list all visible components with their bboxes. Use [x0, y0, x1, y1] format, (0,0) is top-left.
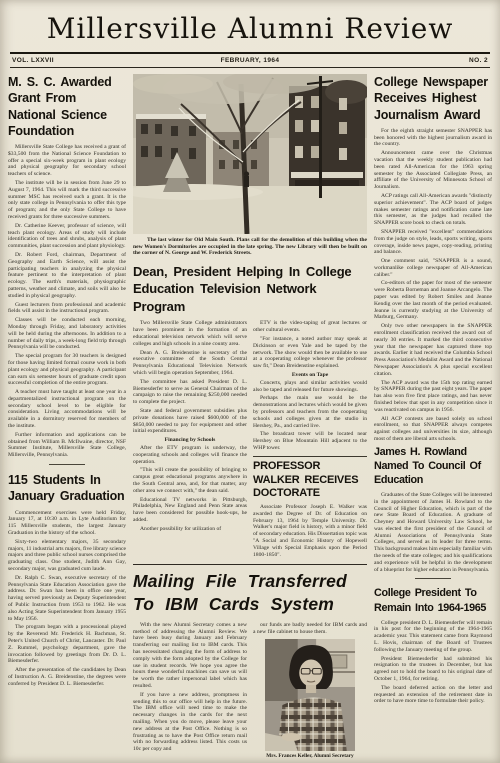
paragraph: SNAPPER received "excellent" commendatio… [374, 229, 492, 256]
sub-headline: Events on Tape [253, 372, 367, 379]
photo-caption-old-main: The last winter for Old Main South. Plan… [133, 237, 367, 257]
left-column: M. S. C. Awarded Grant From National Sci… [8, 72, 126, 759]
paragraph: ACP ratings call All-American awards "di… [374, 193, 492, 227]
etv-column-2-text: ETV is the video-taping of great lecture… [253, 320, 367, 451]
paragraph: Dr. Ralph C. Swan, executive secretary o… [8, 575, 126, 623]
center-column: The last winter for Old Main South. Plan… [133, 72, 367, 759]
paragraph: Dr. Robert Ford, chairman, Department of… [8, 252, 126, 300]
article-president-remain: College president D. L. Biemesderfer wil… [374, 620, 492, 706]
paragraph: Educational TV networks in Pittsburgh, P… [133, 497, 247, 524]
paragraph: Only two other newspapers in the SNAPPER… [374, 323, 492, 377]
walker-rule [253, 456, 367, 457]
winter-campus-photo-illustration [133, 74, 367, 234]
headline-mailing-file: Mailing File Transferred To IBM Cards Sy… [133, 570, 367, 616]
etv-column-2: ETV is the video-taping of great lecture… [253, 320, 367, 560]
paragraph: Associate Professor Joseph E. Walker was… [253, 504, 367, 558]
paragraph: Dr. Catherine Keever, professor of scien… [8, 223, 126, 250]
paragraph: The institute will be in session from Ju… [8, 180, 126, 221]
paragraph: The broadcast tower will be located near… [253, 431, 367, 451]
paragraph: Further information and applications can… [8, 432, 126, 459]
paragraph: Graduates of the State Colleges will be … [374, 492, 492, 574]
paragraph: "This will create the possibility of bri… [133, 467, 247, 494]
mailing-column-2-text: our funds are badly needed for IBM cards… [253, 622, 367, 636]
article-journalism-award: For the eighth straight semester SNAPPER… [374, 128, 492, 443]
article-nsf-grant: Millersville State College has received … [8, 144, 126, 459]
photo-caption-frances-keller: Mrs. Frances Keller, Alumni Secretary [253, 753, 367, 759]
etv-column-1: Two Millersville State College administr… [133, 320, 247, 560]
mailing-column-1: With the new Alumni Secretary comes a ne… [133, 622, 247, 760]
paragraph: College president D. L. Biemesderfer wil… [374, 620, 492, 654]
mailing-column-2: our funds are badly needed for IBM cards… [253, 622, 367, 760]
paragraph: Millersville State College has received … [8, 144, 126, 178]
paragraph: Dean A. G. Breidenstine is secretary of … [133, 350, 247, 377]
alumni-secretary-portrait-illustration [265, 639, 355, 751]
article-january-graduation: Commencement exercises were held Friday,… [8, 510, 126, 688]
paragraph: Co-editors of the paper for most of the … [374, 280, 492, 321]
headline-journalism-award: College Newspaper Receives Highest Journ… [374, 74, 492, 123]
paragraph: For the eighth straight semester SNAPPER… [374, 128, 492, 148]
paragraph: Another possibility for utilization of [133, 526, 247, 533]
article-professor-walker: Associate Professor Joseph E. Walker was… [253, 504, 367, 558]
paragraph: Announcement came over the Christmas vac… [374, 150, 492, 191]
issue-info-row: VOL. LXXVII FEBRUARY, 1964 NO. 2 [10, 54, 490, 67]
paragraph: State and federal government subsidies p… [133, 408, 247, 435]
paragraph: The committee has asked President D. L. … [133, 379, 247, 406]
paragraph: After the presentation of the candidates… [8, 667, 126, 687]
headline-etv-program: Dean, President Helping In College Educa… [133, 263, 367, 316]
article-divider [415, 578, 451, 579]
photo-frances-keller [265, 639, 355, 751]
paragraph: ETV is the video-taping of great lecture… [253, 320, 367, 334]
paragraph: our funds are badly needed for IBM cards… [253, 622, 367, 636]
mailing-subcolumns: With the new Alumni Secretary comes a ne… [133, 622, 367, 760]
headline-rowland: James H. Rowland Named To Council Of Edu… [374, 445, 492, 487]
paragraph: "For instance, a noted author may speak … [253, 336, 367, 370]
newspaper-page: Millersville Alumni Review VOL. LXXVII F… [0, 0, 500, 763]
paragraph: Concerts, plays and similar activities w… [253, 380, 367, 394]
photo-old-main-south [133, 74, 367, 234]
paragraph: The special program for 30 teachers is d… [8, 353, 126, 387]
paragraph: The ACP award was the 15th top rating ea… [374, 380, 492, 414]
paragraph: The program began with a processional pl… [8, 624, 126, 665]
headline-professor-walker: PROFESSOR WALKER RECEIVES DOCTORATE [253, 460, 367, 501]
paragraph: With the new Alumni Secretary comes a ne… [133, 622, 247, 690]
column-layout: M. S. C. Awarded Grant From National Sci… [0, 68, 500, 759]
issue-date-label: FEBRUARY, 1964 [10, 57, 490, 64]
right-column: College Newspaper Receives Highest Journ… [374, 72, 492, 759]
article-rowland: Graduates of the State Colleges will be … [374, 492, 492, 574]
paragraph: Commencement exercises were held Friday,… [8, 510, 126, 537]
masthead: Millersville Alumni Review VOL. LXXVII F… [0, 0, 500, 68]
sub-headline: Financing by Schools [133, 437, 247, 444]
paragraph: Sixty-two elementary majors, 35 secondar… [8, 539, 126, 573]
paragraph: If you have a new address, promptness in… [133, 692, 247, 753]
paragraph: Perhaps the main use would be the demons… [253, 395, 367, 429]
article-divider [49, 464, 85, 465]
paragraph: Two Millersville State College administr… [133, 320, 247, 347]
headline-president-remain: College President To Remain Into 1964-19… [374, 586, 492, 614]
paragraph: President Biemesderfer had submitted his… [374, 656, 492, 683]
masthead-title: Millersville Alumni Review [10, 12, 490, 45]
paragraph: The board deferred action on the letter … [374, 685, 492, 705]
paragraph: One comment said, "SNAPPER is a sound, w… [374, 258, 492, 278]
paragraph: Guest lecturers from professional and ac… [8, 302, 126, 316]
headline-nsf-grant: M. S. C. Awarded Grant From National Sci… [8, 74, 126, 139]
mailing-section-rule [133, 564, 367, 565]
headline-january-graduation: 115 Students In January Graduation [8, 472, 126, 505]
etv-subcolumns: Two Millersville State College administr… [133, 320, 367, 560]
paragraph: All ACP contests are based solely on sch… [374, 416, 492, 443]
paragraph: After the ETV program is underway, the c… [133, 445, 247, 465]
paragraph: A teacher must have taught at least one … [8, 389, 126, 430]
paragraph: Classes will be conducted each morning, … [8, 317, 126, 351]
